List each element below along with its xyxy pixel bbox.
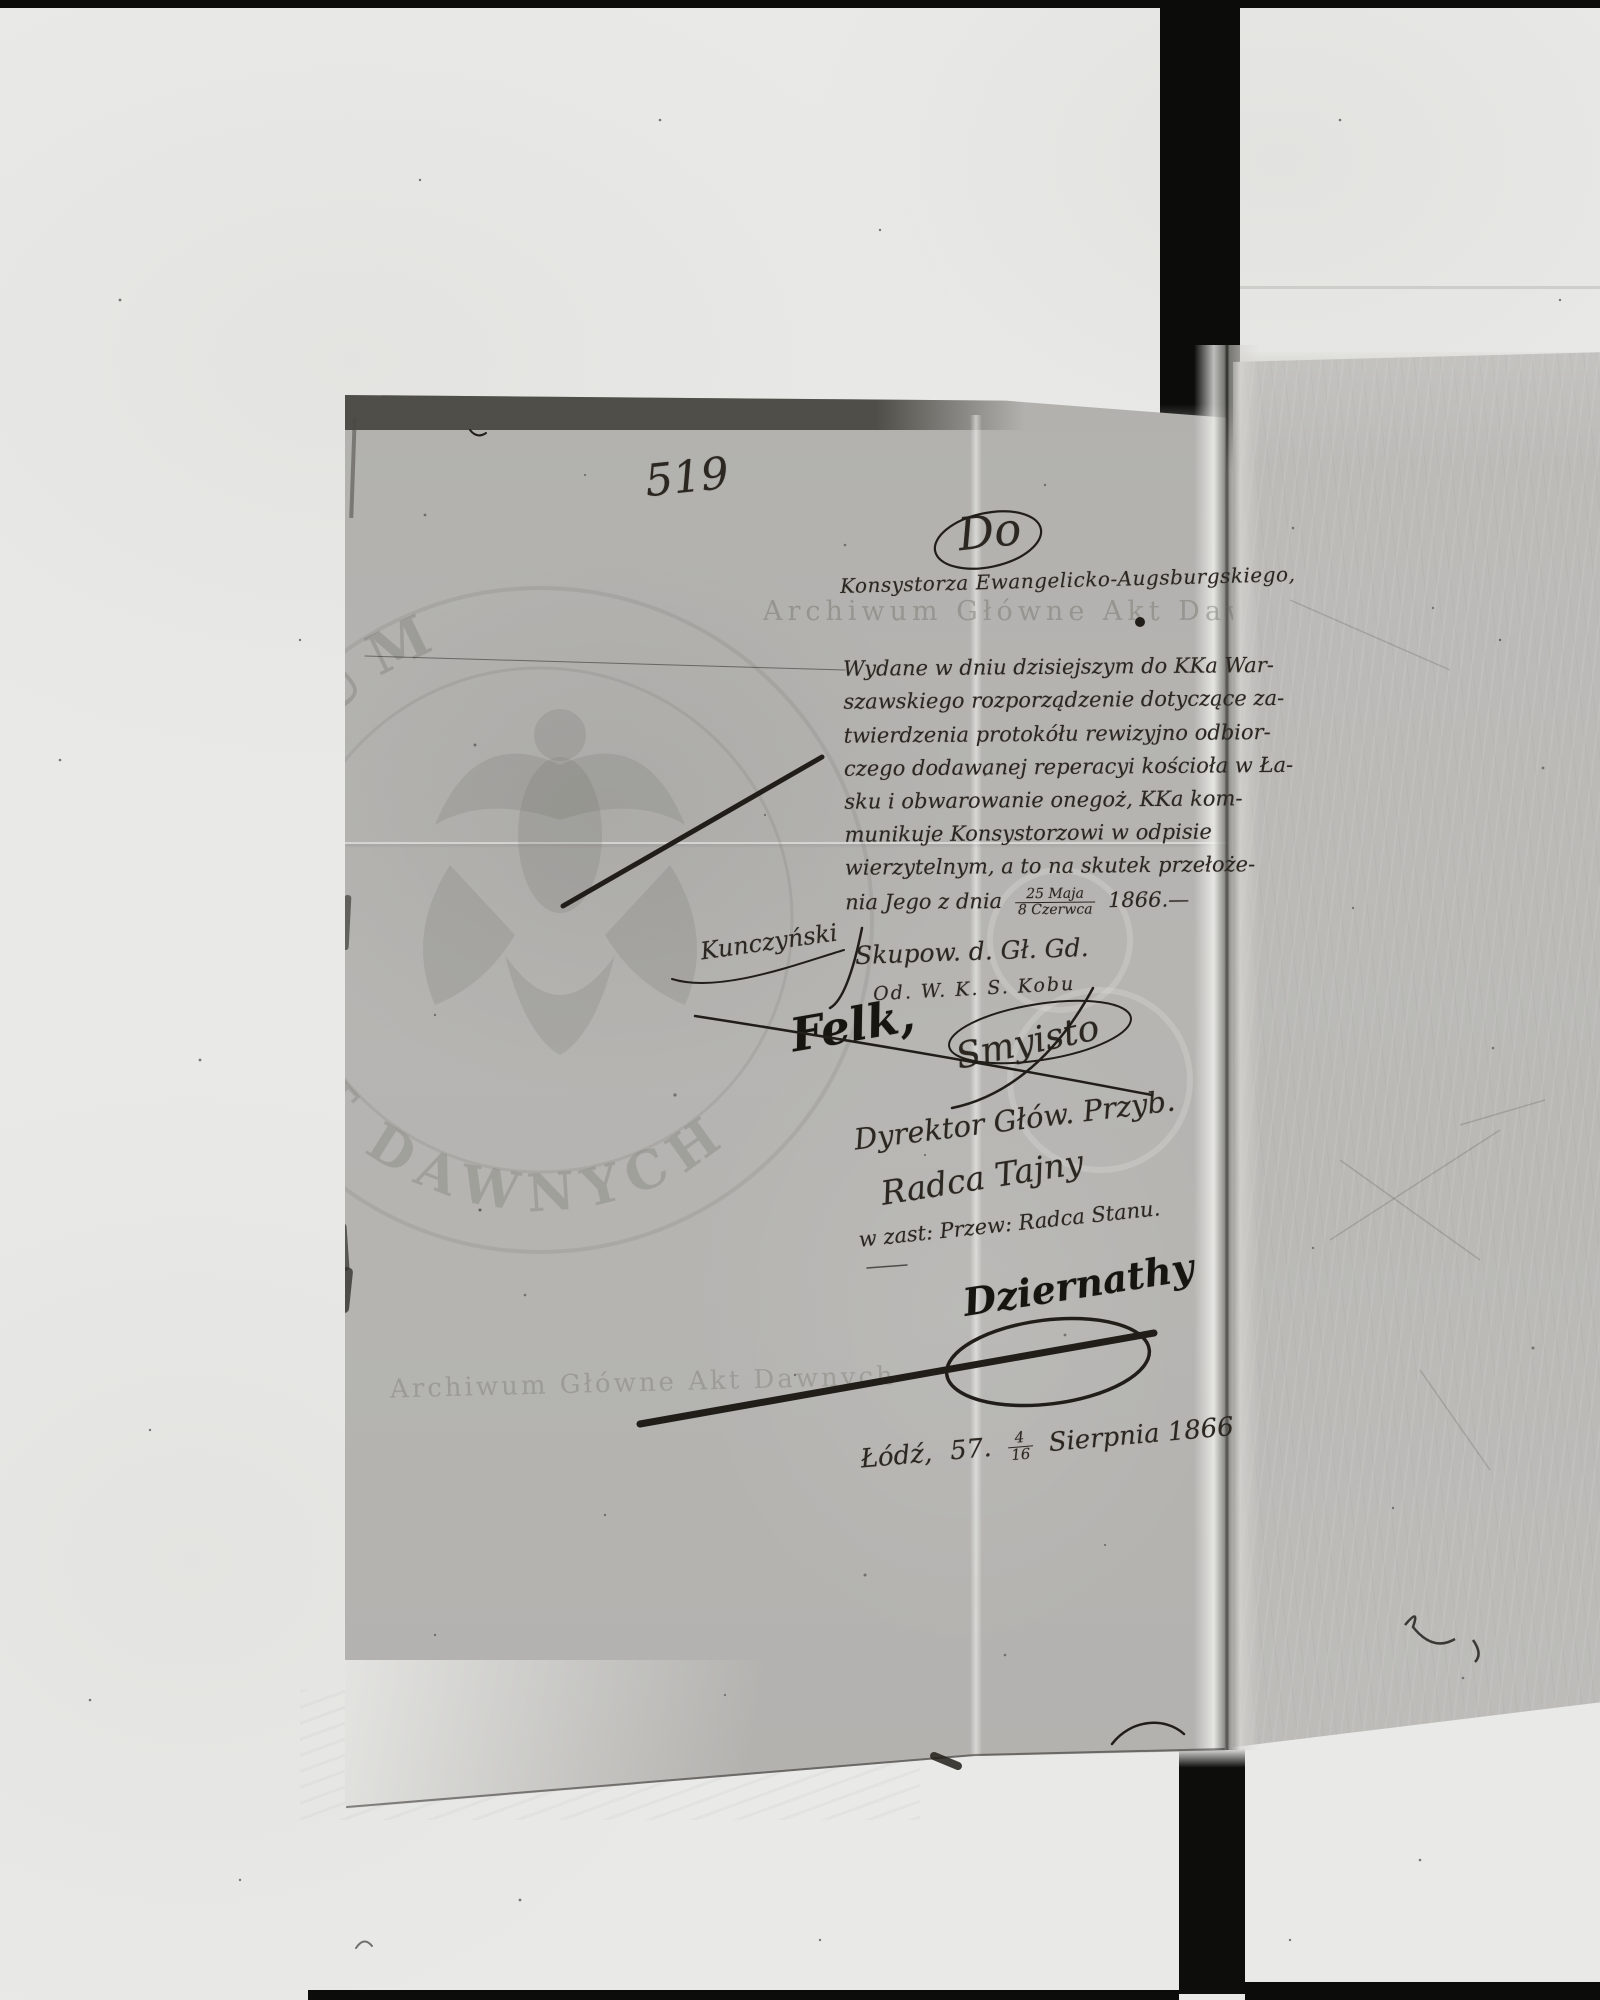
film-edge-bottom-left <box>308 1990 1179 2000</box>
facing-page <box>1233 348 1600 1750</box>
fraction-top: 25 Maja <box>1015 887 1096 903</box>
date-fraction: 25 Maja 8 Czerwca <box>1015 887 1096 918</box>
eagle-icon <box>423 709 697 1055</box>
body-line: szawskiego rozporządzenie dotyczące za- <box>843 686 1284 714</box>
watermark-text-top: ARCHIWUM <box>345 595 455 1087</box>
body-line: wierzytelnym, a to na skutek przełoże- <box>845 852 1256 880</box>
body-line: twierdzenia protokółu rewizyjno odbior- <box>844 720 1271 748</box>
ghost-stamp-upper: Archiwum Główne Akt Dawnych <box>763 596 1233 627</box>
body-line: sku i obwarowanie onegoż, KKa kom- <box>844 786 1242 813</box>
fraction-bottom: 16 <box>1008 1446 1034 1464</box>
microfilm-scan: ARCHIWUM AKT DAWNYCH <box>0 0 1600 2000</box>
film-gap-bottom <box>1179 1748 1245 1994</box>
body-line-last: nia Jego z dnia 25 Maja 8 Czerwca 1866.— <box>845 886 1189 919</box>
body-last-post: 1866.— <box>1108 887 1189 912</box>
body-line: czego dodawanej reperacyi kościoła w Ła- <box>844 753 1293 781</box>
body-last-pre: nia Jego z dnia <box>845 889 1002 914</box>
salutation: Do <box>955 502 1023 561</box>
body-line: Wydane w dniu dzisiejszym do KKa War- <box>843 653 1274 681</box>
film-edge-top <box>0 0 1600 8</box>
body-line: munikuje Konsystorzowi w odpisie <box>844 820 1211 847</box>
film-edge-bottom-right <box>1245 1982 1600 2000</box>
backing-sheet-edge <box>1240 286 1600 289</box>
date-number: 57. <box>949 1433 993 1466</box>
page-scratches <box>1233 348 1600 1750</box>
page-number: 519 <box>643 448 732 507</box>
date-city: Łódź, <box>859 1438 933 1474</box>
svg-text:ARCHIWUM: ARCHIWUM <box>345 595 455 1087</box>
fraction-bottom: 8 Czerwca <box>1015 902 1096 917</box>
date-day-fraction: 4 16 <box>1006 1429 1034 1464</box>
